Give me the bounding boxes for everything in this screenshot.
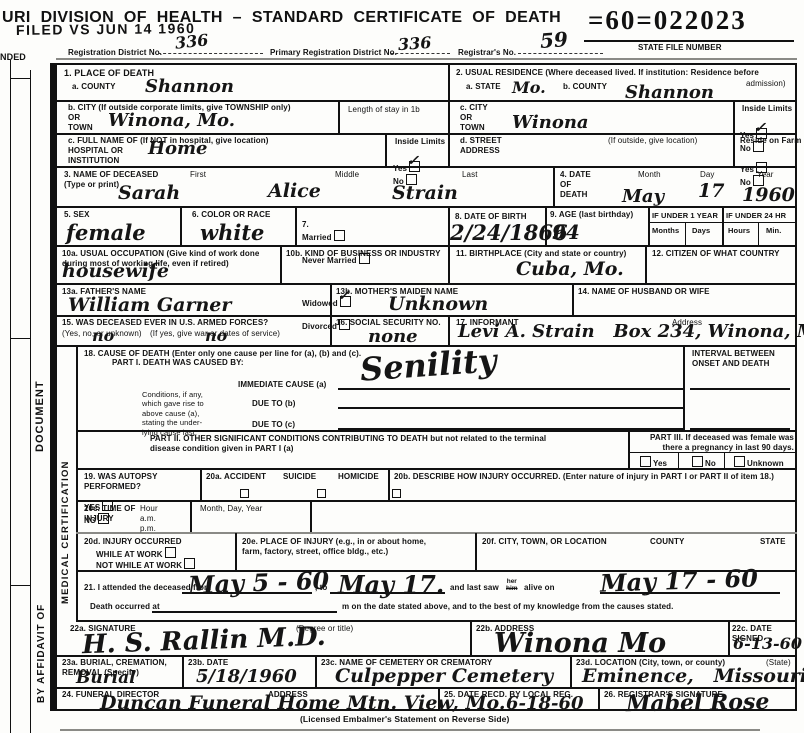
field-16-value: none: [368, 326, 418, 347]
field-20f-county-label: COUNTY: [650, 537, 684, 547]
field-9-under1-label: IF UNDER 1 YEAR: [652, 211, 718, 220]
line: [733, 100, 735, 166]
line: [200, 468, 202, 500]
line: [235, 533, 237, 570]
unknown-label: Unknown: [747, 459, 784, 468]
him-label: him: [506, 585, 518, 592]
widowed-checkbox: ✓: [340, 296, 351, 307]
field-3-first-label: First: [190, 170, 206, 180]
field-21-her-him: her him: [506, 578, 518, 592]
line: [722, 206, 724, 245]
married-label: Married: [302, 233, 332, 242]
line: [280, 245, 282, 283]
field-5-value: female: [66, 220, 146, 245]
field-6-value: white: [200, 220, 264, 245]
field-4-day-label: Day: [700, 170, 715, 180]
field-20c-hour-label: Hour a.m. p.m.: [140, 504, 158, 534]
field-20b-label: 20b. DESCRIBE HOW INJURY OCCURRED. (Ente…: [394, 472, 774, 482]
line: [553, 166, 555, 206]
line: [584, 40, 794, 42]
while-at-work-checkbox: [165, 547, 176, 558]
line: [76, 620, 797, 622]
line: [56, 166, 797, 168]
yes-label: Yes: [740, 165, 754, 174]
line: [683, 345, 685, 430]
unknown-checkbox: [734, 456, 745, 467]
line: [60, 729, 760, 731]
line: [190, 500, 192, 532]
line: [158, 44, 263, 54]
field-21-mid2: and last saw: [450, 583, 499, 593]
field-1a-label: a. COUNTY: [72, 82, 116, 92]
line: [295, 206, 297, 245]
field-18-part3-label: PART III. If deceased was female was the…: [634, 433, 794, 453]
field-6-label: 6. COLOR OR RACE: [192, 210, 271, 220]
field-4-month-value: May: [622, 186, 664, 207]
field-2c-value: Winona: [512, 112, 589, 133]
yes-label: Yes: [393, 164, 407, 173]
part3-yes-option: Yes: [638, 456, 667, 469]
line: [76, 468, 797, 470]
field-20d-not-while: NOT WHILE AT WORK: [96, 558, 197, 571]
line: [628, 430, 630, 468]
field-1b-stay-label: Length of stay in 1b: [348, 105, 438, 115]
margin-label-medical-certification: MEDICAL CERTIFICATION: [60, 460, 71, 604]
field-3-last-value: Strain: [392, 182, 458, 204]
registrar-no-label: Registrar's No.: [458, 48, 516, 58]
line: [598, 687, 600, 709]
field-22c-value: 6-13-60: [733, 634, 802, 653]
primary-reg-value: 336: [397, 33, 432, 54]
field-17-value: Levi A. Strain Box 234, Winona, Mo.: [458, 321, 804, 342]
line: [388, 468, 390, 500]
field-19-label: 19. WAS AUTOPSY PERFORMED?: [84, 472, 158, 492]
line: [180, 206, 182, 245]
field-22b-value: Winona Mo: [494, 628, 666, 659]
line: [690, 388, 790, 390]
death-certificate-scan: URI DIVISION OF HEALTH – STANDARD CERTIF…: [0, 0, 804, 733]
line: [56, 133, 797, 135]
yes-checkbox: [640, 456, 651, 467]
line: [678, 452, 679, 468]
field-2b-value: Shannon: [625, 82, 714, 103]
line: [152, 611, 337, 613]
field-2-title2: admission): [746, 79, 786, 89]
field-8-value: 2/24/1866: [450, 220, 568, 245]
field-18-due-c-label: DUE TO (c): [252, 420, 295, 430]
field-14-label: 14. NAME OF HUSBAND OR WIFE: [578, 287, 710, 297]
field-23d-value: Eminence, Missouri: [582, 665, 804, 687]
line: [475, 533, 477, 570]
line: [685, 222, 686, 245]
line: [570, 655, 572, 687]
footer-note: (Licensed Embalmer's Statement on Revers…: [300, 714, 509, 725]
field-18-due-b-label: DUE TO (b): [252, 399, 296, 409]
yes-label: Yes: [653, 459, 667, 468]
field-20f-state-label: STATE: [760, 537, 786, 547]
registrar-no-value: 59: [539, 27, 568, 53]
line: [448, 63, 450, 166]
field-20d-label: 20d. INJURY OCCURRED: [84, 537, 182, 547]
field-20a-suicide: SUICIDE: [283, 472, 316, 482]
field-4-year-value: 1960: [742, 184, 795, 206]
line: [10, 60, 11, 733]
field-1c-inside-limits-label: Inside Limits: [395, 137, 445, 147]
field-13a-value: William Garner: [68, 294, 231, 316]
field-3-middle-value: Alice: [268, 180, 321, 202]
line: [448, 315, 450, 345]
field-21-line2a: Death occurred at: [90, 602, 160, 612]
field-18-conditions-note: Conditions, if any, which gave rise to a…: [142, 390, 204, 437]
married-checkbox: [334, 230, 345, 241]
state-file-number: =60=022023: [588, 5, 747, 36]
line: [645, 245, 647, 283]
field-21-from-value: May 5 - 60: [188, 566, 330, 600]
part3-no-option: No: [690, 456, 716, 469]
field-21-to-value: May 17.: [338, 570, 444, 599]
line: [795, 63, 797, 711]
line: [385, 133, 387, 166]
field-18-immediate-label: IMMEDIATE CAUSE (a): [238, 380, 326, 390]
line: [182, 655, 184, 687]
widowed-label: Widowed: [302, 299, 338, 308]
field-2b-label: b. COUNTY: [563, 82, 607, 92]
field-9-label: 9. AGE (last birthday): [550, 210, 633, 220]
field-4-year-label: Year: [757, 170, 774, 180]
field-4-month-label: Month: [638, 170, 661, 180]
line: [648, 222, 797, 223]
line: [315, 655, 317, 687]
line: [338, 407, 683, 409]
yes-checkbox: ✓: [409, 161, 420, 172]
line: [10, 338, 31, 339]
field-21-lastsaw-value: May 17 - 60: [600, 563, 759, 597]
field-2-title: 2. USUAL RESIDENCE (Where deceased lived…: [456, 68, 759, 78]
line: [572, 283, 574, 315]
field-5-label: 5. SEX: [64, 210, 90, 220]
field-9-min-label: Min.: [766, 226, 781, 235]
no-label: No: [705, 459, 716, 468]
line: [724, 452, 725, 468]
line: [76, 532, 797, 534]
field-3-middle-label: Middle: [335, 170, 359, 180]
field-1a-value: Shannon: [145, 76, 234, 97]
field-23a-value: Burial: [76, 668, 136, 688]
check-mark: ✓: [754, 120, 766, 138]
line: [10, 585, 31, 586]
margin-label-document: DOCUMENT: [34, 380, 46, 452]
field-2a-label: a. STATE: [466, 82, 501, 92]
divorced-label: Divorced: [302, 322, 337, 331]
field-10a-value: housewife: [62, 260, 169, 282]
field-3-first-value: Sarah: [118, 182, 180, 204]
margin-label-by-affidavit-of: BY AFFIDAVIT OF: [36, 604, 47, 703]
field-21-mid1: , to: [315, 583, 327, 593]
field-9-months-label: Months: [652, 226, 679, 235]
primary-reg-label: Primary Registration District No.: [270, 48, 397, 58]
field-9-value: 94: [552, 220, 580, 244]
field-20c-mdy-label: Month, Day, Year: [200, 504, 262, 514]
accident-checkbox: [240, 489, 249, 498]
line: [338, 388, 683, 390]
not-while-at-work-label: NOT WHILE AT WORK: [96, 561, 182, 570]
field-20c-label: 20c. TIME OF INJURY: [84, 504, 135, 524]
field-21-mid3: alive on: [524, 583, 555, 593]
field-9-hours-label: Hours: [728, 226, 750, 235]
her-label: her: [506, 578, 518, 585]
part3-unknown-option: Unknown: [732, 456, 784, 469]
field-9-days-label: Days: [692, 226, 710, 235]
field-23b-value: 5/18/1960: [196, 666, 297, 687]
line: [56, 687, 797, 689]
state-file-number-caption: STATE FILE NUMBER: [638, 43, 722, 53]
field-2a-value: Mo.: [512, 78, 546, 97]
line: [10, 78, 31, 79]
field-2d-note: (If outside, give location): [608, 136, 697, 146]
field-21-line2b: m on the date stated above, and to the b…: [342, 602, 673, 612]
field-1-title: 1. PLACE OF DEATH: [64, 68, 154, 79]
line: [448, 245, 450, 283]
field-3-last-label: Last: [462, 170, 478, 180]
field-9-under24-label: IF UNDER 24 HR: [726, 211, 786, 220]
line: [76, 500, 797, 502]
field-1c-value: Home: [148, 138, 208, 159]
field-20a-accident: 20a. ACCIDENT: [206, 472, 266, 482]
field-18-part1: PART I. DEATH WAS CAUSED BY:: [112, 358, 244, 368]
field-2c-inside-limits-label: Inside Limits: [742, 104, 792, 114]
field-20f-label: 20f. CITY, TOWN, OR LOCATION: [482, 537, 607, 547]
field-18-cause-value: Senility: [359, 341, 498, 388]
not-while-at-work-checkbox: [184, 558, 195, 569]
field-18-interval-label: INTERVAL BETWEEN ONSET AND DEATH: [692, 349, 775, 369]
field-1c-label: c. FULL NAME OF (If NOT in hospital, giv…: [68, 136, 378, 166]
field-15-value2: no: [205, 326, 227, 345]
line: [76, 345, 78, 620]
no-checkbox: [692, 456, 703, 467]
suicide-checkbox: [317, 489, 326, 498]
line: [758, 222, 759, 245]
line: [30, 70, 31, 733]
field-1b-value: Winona, Mo.: [108, 110, 235, 131]
line: [310, 500, 312, 532]
field-26-signature: Mabel Rose: [626, 689, 770, 717]
homicide-checkbox: [392, 489, 401, 498]
field-2c-label: c. CITY OR TOWN: [460, 103, 488, 133]
reg-district-label: Registration District No.: [68, 48, 162, 58]
field-18-part2-label: PART II. OTHER SIGNIFICANT CONDITIONS CO…: [150, 434, 546, 454]
field-7-number: 7.: [302, 220, 309, 229]
field-2d-farm-label: Reside on Farm: [740, 136, 801, 146]
field-13b-value: Unknown: [388, 293, 488, 315]
field-11-value: Cuba, Mo.: [516, 258, 624, 280]
margin-cut-text: NDED: [0, 52, 26, 63]
field-25-value: 6-18-60: [506, 693, 584, 714]
line: [50, 63, 57, 711]
field-12-label: 12. CITIZEN OF WHAT COUNTRY: [652, 249, 780, 259]
field-2d-label: d. STREET ADDRESS: [460, 136, 502, 156]
field-20e-label: 20e. PLACE OF INJURY (e.g., in or about …: [242, 537, 426, 557]
field-4-title: 4. DATE OF DEATH: [560, 170, 591, 200]
filed-date-stamp: FILED VS JUN 14 1960: [16, 20, 196, 38]
field-4-day-value: 17: [698, 180, 724, 202]
field-23c-value: Culpepper Cemetery: [335, 665, 553, 687]
check-mark: ✓: [407, 153, 419, 171]
line: [56, 58, 797, 60]
line: [648, 206, 650, 245]
line: [470, 620, 472, 655]
line: [56, 63, 797, 65]
reg-district-value: 336: [174, 30, 209, 52]
field-20a-homicide: HOMICIDE: [338, 472, 379, 482]
line: [728, 620, 730, 655]
field-15-value1: no: [92, 326, 114, 345]
field-10b-label: 10b. KIND OF BUSINESS OR INDUSTRY: [286, 249, 441, 259]
line: [338, 100, 340, 133]
line: [56, 206, 797, 208]
